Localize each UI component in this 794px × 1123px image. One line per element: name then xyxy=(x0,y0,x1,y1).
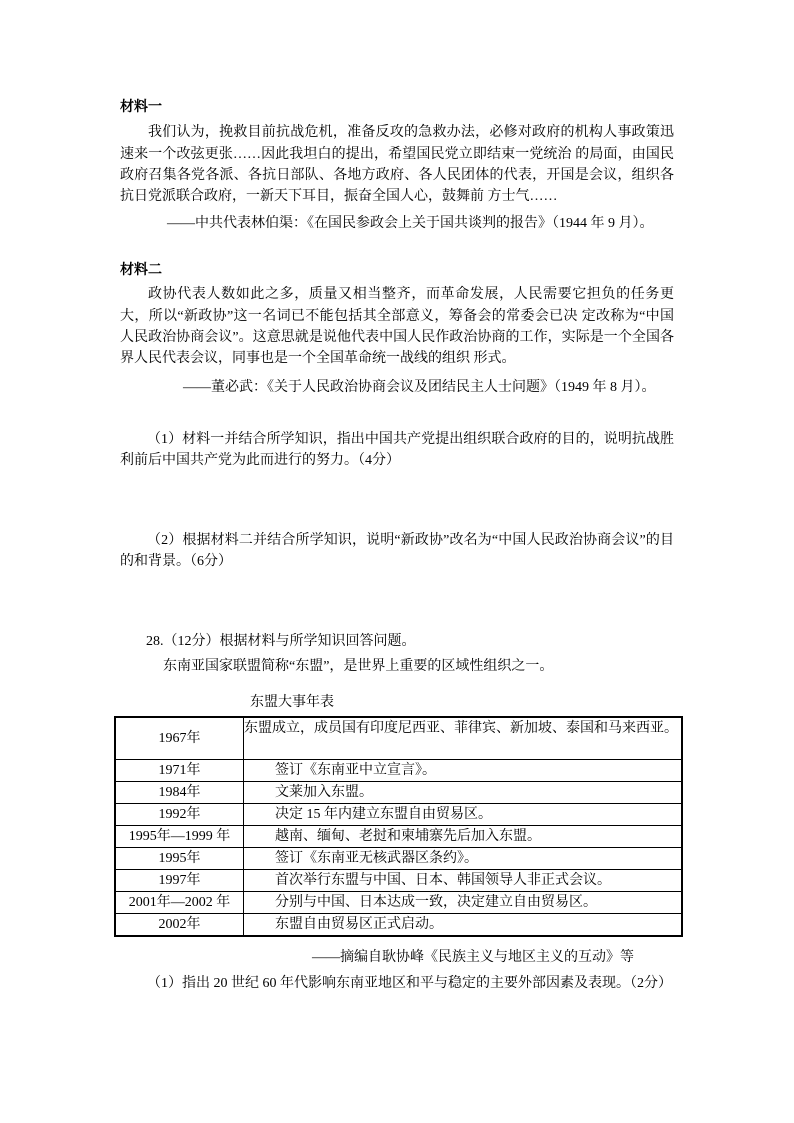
question-28-sub-1: （1）指出 20 世纪 60 年代影响东南亚地区和平与稳定的主要外部因素及表现。… xyxy=(120,973,674,994)
timeline-event-cell: 签订《东南亚无核武器区条约》。 xyxy=(244,847,683,869)
timeline-year-cell: 1995年 xyxy=(115,847,244,869)
timeline-year-cell: 1984年 xyxy=(115,781,244,803)
table-row: 2001年—2002 年 分别与中国、日本达成一致，决定建立自由贸易区。 xyxy=(115,891,682,913)
material-1-body: 我们认为，挽救目前抗战危机，准备反攻的急救办法，必修对政府的机构人事政策迅速来一… xyxy=(120,122,674,207)
question-28-lead: 28.（12分）根据材料与所学知识回答问题。 xyxy=(120,631,674,652)
question-27-sub-1: （1）材料一并结合所学知识，指出中国共产党提出组织联合政府的目的，说明抗战胜利前… xyxy=(120,429,674,472)
table-row: 1984年 文莱加入东盟。 xyxy=(115,781,682,803)
material-1-citation: ——中共代表林伯渠：《在国民参政会上关于国共谈判的报告》（1944 年 9 月）… xyxy=(120,213,674,234)
table-row: 1967年 东盟成立，成员国有印度尼西亚、菲律宾、新加坡、泰国和马来西亚。 xyxy=(115,717,682,759)
timeline-year-cell: 2002年 xyxy=(115,913,244,936)
material-2-heading: 材料二 xyxy=(120,260,674,281)
table-row: 1997年 首次举行东盟与中国、日本、韩国领导人非正式会议。 xyxy=(115,869,682,891)
table-row: 1971年 签订《东南亚中立宣言》。 xyxy=(115,759,682,781)
table-row: 1992年 决定 15 年内建立东盟自由贸易区。 xyxy=(115,803,682,825)
asean-timeline-table: 1967年 东盟成立，成员国有印度尼西亚、菲律宾、新加坡、泰国和马来西亚。 19… xyxy=(114,716,683,937)
timeline-year-cell: 2001年—2002 年 xyxy=(115,891,244,913)
document-page: 材料一 我们认为，挽救目前抗战危机，准备反攻的急救办法，必修对政府的机构人事政策… xyxy=(0,0,794,1123)
timeline-year-cell: 1967年 xyxy=(115,717,244,759)
timeline-source-citation: ——摘编自耿协峰《民族主义与地区主义的互动》等 xyxy=(120,947,674,968)
timeline-year-cell: 1971年 xyxy=(115,759,244,781)
question-27-sub-2: （2）根据材料二并结合所学知识，说明“新政协”改名为“中国人民政治协商会议”的目… xyxy=(120,530,674,573)
material-1-heading: 材料一 xyxy=(120,97,674,118)
table-row: 2002年 东盟自由贸易区正式启动。 xyxy=(115,913,682,936)
timeline-year-cell: 1997年 xyxy=(115,869,244,891)
table-row: 1995年 签订《东南亚无核武器区条约》。 xyxy=(115,847,682,869)
timeline-event-cell: 东盟成立，成员国有印度尼西亚、菲律宾、新加坡、泰国和马来西亚。 xyxy=(244,717,683,759)
timeline-event-cell: 分别与中国、日本达成一致，决定建立自由贸易区。 xyxy=(244,891,683,913)
material-2-citation: ——董必武：《关于人民政治协商会议及团结民主人士问题》（1949 年 8 月）。 xyxy=(120,377,674,398)
timeline-event-cell: 首次举行东盟与中国、日本、韩国领导人非正式会议。 xyxy=(244,869,683,891)
question-28-intro: 东南亚国家联盟简称“东盟”，是世界上重要的区域性组织之一。 xyxy=(120,656,674,677)
timeline-event-cell: 东盟自由贸易区正式启动。 xyxy=(244,913,683,936)
timeline-table-title: 东盟大事年表 xyxy=(120,692,674,713)
timeline-event-cell: 越南、缅甸、老挝和柬埔寨先后加入东盟。 xyxy=(244,825,683,847)
timeline-event-cell: 决定 15 年内建立东盟自由贸易区。 xyxy=(244,803,683,825)
timeline-event-cell: 文莱加入东盟。 xyxy=(244,781,683,803)
table-row: 1995年—1999 年 越南、缅甸、老挝和柬埔寨先后加入东盟。 xyxy=(115,825,682,847)
material-2-body: 政协代表人数如此之多，质量又相当整齐，而革命发展，人民需要它担负的任务更大，所以… xyxy=(120,284,674,369)
timeline-event-cell: 签订《东南亚中立宣言》。 xyxy=(244,759,683,781)
timeline-year-cell: 1992年 xyxy=(115,803,244,825)
timeline-year-cell: 1995年—1999 年 xyxy=(115,825,244,847)
